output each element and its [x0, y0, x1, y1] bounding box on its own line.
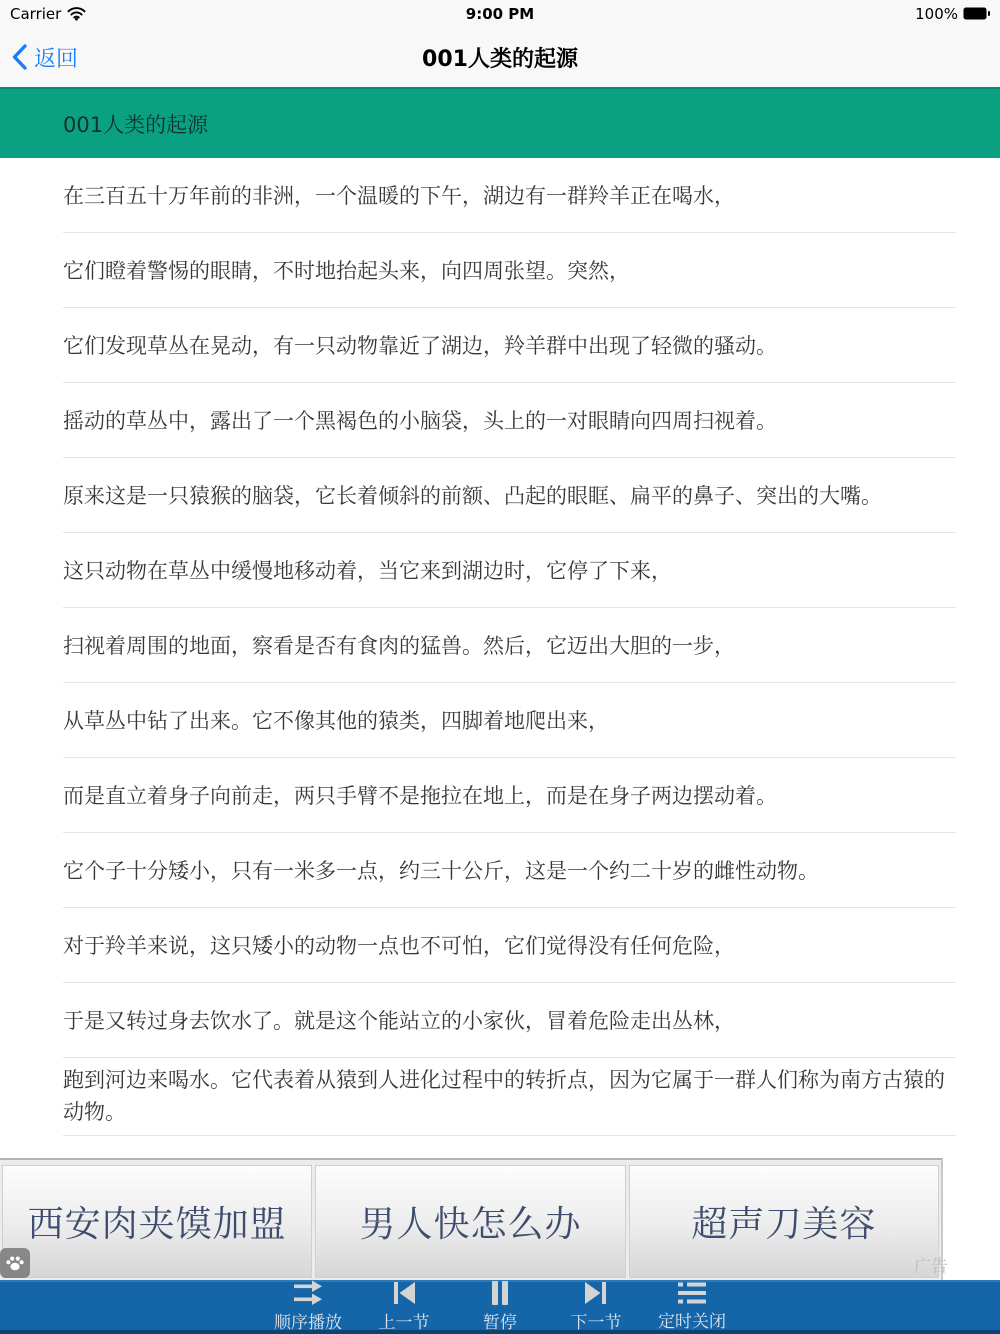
- previous-section-label: 上一节: [379, 1308, 430, 1333]
- app-screen: Carrier 9:00 PM 100% 001人类的起源 返回: [0, 0, 1000, 1334]
- transcript-line-text: 它们发现草丛在晃动，有一只动物靠近了湖边，羚羊群中出现了轻微的骚动。: [63, 330, 777, 360]
- transcript-list: 在三百五十万年前的非洲，一个温暖的下午，湖边有一群羚羊正在喝水， 它们瞪着警惕的…: [0, 158, 1000, 1136]
- transcript-line[interactable]: 跑到河边来喝水。它代表着从猿到人进化过程中的转折点，因为它属于一群人们称为南方古…: [63, 1058, 956, 1136]
- next-section-button[interactable]: 下一节: [557, 1280, 635, 1333]
- back-label: 返回: [34, 42, 78, 73]
- transcript-line[interactable]: 对于羚羊来说，这只矮小的动物一点也不可怕，它们觉得没有任何危险，: [63, 908, 956, 983]
- next-section-icon: [583, 1280, 609, 1306]
- pause-label: 暂停: [483, 1308, 517, 1333]
- play-order-button[interactable]: 顺序播放: [269, 1280, 347, 1333]
- battery-area: 100%: [915, 5, 990, 23]
- transcript-line[interactable]: 摇动的草丛中，露出了一个黑褐色的小脑袋，头上的一对眼睛向四周扫视着。: [63, 383, 956, 458]
- transcript-line[interactable]: 于是又转过身去饮水了。就是这个能站立的小家伙，冒着危险走出丛林，: [63, 983, 956, 1058]
- transcript-line[interactable]: 从草丛中钻了出来。它不像其他的猿类，四脚着地爬出来，: [63, 683, 956, 758]
- chapter-header: 001人类的起源: [0, 87, 1000, 158]
- transcript-line-text: 跑到河边来喝水。它代表着从猿到人进化过程中的转折点，因为它属于一群人们称为南方古…: [63, 1065, 956, 1128]
- transcript-line-text: 对于羚羊来说，这只矮小的动物一点也不可怕，它们觉得没有任何危险，: [63, 930, 735, 960]
- transcript-line[interactable]: 它个子十分矮小，只有一米多一点，约三十公斤，这是一个约二十岁的雌性动物。: [63, 833, 956, 908]
- player-toolbar: 顺序播放 上一节 暂停 下一节: [0, 1280, 1000, 1334]
- transcript-line[interactable]: 这只动物在草丛中缓慢地移动着，当它来到湖边时，它停了下来，: [63, 533, 956, 608]
- ad-provider-badge[interactable]: [0, 1248, 30, 1278]
- sleep-timer-icon: [678, 1281, 706, 1305]
- status-bar: Carrier 9:00 PM 100%: [0, 0, 1000, 27]
- transcript-line[interactable]: 它们瞪着警惕的眼睛，不时地抬起头来，向四周张望。突然，: [63, 233, 956, 308]
- battery-icon: [963, 7, 990, 20]
- transcript-line-text: 在三百五十万年前的非洲，一个温暖的下午，湖边有一群羚羊正在喝水，: [63, 180, 735, 210]
- transcript-line-text: 这只动物在草丛中缓慢地移动着，当它来到湖边时，它停了下来，: [63, 555, 672, 585]
- previous-section-icon: [391, 1280, 417, 1306]
- play-order-label: 顺序播放: [274, 1308, 342, 1333]
- transcript-line-text: 原来这是一只猿猴的脑袋，它长着倾斜的前额、凸起的眼眶、扁平的鼻子、突出的大嘴。: [63, 480, 882, 510]
- transcript-line-text: 它个子十分矮小，只有一米多一点，约三十公斤，这是一个约二十岁的雌性动物。: [63, 855, 819, 885]
- page-title: 001人类的起源: [0, 42, 1000, 73]
- ad-area: 西安肉夹馍加盟 男人快怎么办 超声刀美容: [0, 1158, 943, 1280]
- sleep-timer-button[interactable]: 定时关闭: [653, 1281, 731, 1332]
- next-section-label: 下一节: [571, 1308, 622, 1333]
- pause-icon: [489, 1280, 511, 1306]
- transcript-line-text: 扫视着周围的地面，察看是否有食肉的猛兽。然后，它迈出大胆的一步，: [63, 630, 735, 660]
- transcript-line[interactable]: 扫视着周围的地面，察看是否有食肉的猛兽。然后，它迈出大胆的一步，: [63, 608, 956, 683]
- ad-link-1[interactable]: 西安肉夹馍加盟: [2, 1165, 312, 1278]
- transcript-line[interactable]: 它们发现草丛在晃动，有一只动物靠近了湖边，羚羊群中出现了轻微的骚动。: [63, 308, 956, 383]
- battery-percent: 100%: [915, 5, 958, 23]
- clock: 9:00 PM: [0, 5, 1000, 23]
- sequential-play-icon: [292, 1280, 324, 1306]
- transcript-line-text: 它们瞪着警惕的眼睛，不时地抬起头来，向四周张望。突然，: [63, 255, 630, 285]
- ad-link-2[interactable]: 男人快怎么办: [315, 1165, 625, 1278]
- back-button[interactable]: 返回: [0, 42, 78, 73]
- ad-link-3[interactable]: 超声刀美容: [629, 1165, 939, 1278]
- ad-tag-label: 广告: [914, 1252, 948, 1277]
- chapter-title: 001人类的起源: [63, 109, 208, 139]
- transcript-line-text: 而是直立着身子向前走，两只手臂不是拖拉在地上，而是在身子两边摆动着。: [63, 780, 777, 810]
- sleep-timer-label: 定时关闭: [658, 1307, 726, 1332]
- back-chevron-icon: [12, 44, 27, 70]
- ad-banner: 西安肉夹馍加盟 男人快怎么办 超声刀美容 广告: [0, 1158, 1000, 1280]
- pause-button[interactable]: 暂停: [461, 1280, 539, 1333]
- paw-icon: [5, 1254, 25, 1272]
- transcript-line-text: 于是又转过身去饮水了。就是这个能站立的小家伙，冒着危险走出丛林，: [63, 1005, 735, 1035]
- transcript-line-text: 从草丛中钻了出来。它不像其他的猿类，四脚着地爬出来，: [63, 705, 609, 735]
- navigation-bar: 001人类的起源 返回: [0, 27, 1000, 87]
- transcript-line-text: 摇动的草丛中，露出了一个黑褐色的小脑袋，头上的一对眼睛向四周扫视着。: [63, 405, 777, 435]
- transcript-line[interactable]: 原来这是一只猿猴的脑袋，它长着倾斜的前额、凸起的眼眶、扁平的鼻子、突出的大嘴。: [63, 458, 956, 533]
- previous-section-button[interactable]: 上一节: [365, 1280, 443, 1333]
- transcript-line[interactable]: 在三百五十万年前的非洲，一个温暖的下午，湖边有一群羚羊正在喝水，: [63, 158, 956, 233]
- transcript-line[interactable]: 而是直立着身子向前走，两只手臂不是拖拉在地上，而是在身子两边摆动着。: [63, 758, 956, 833]
